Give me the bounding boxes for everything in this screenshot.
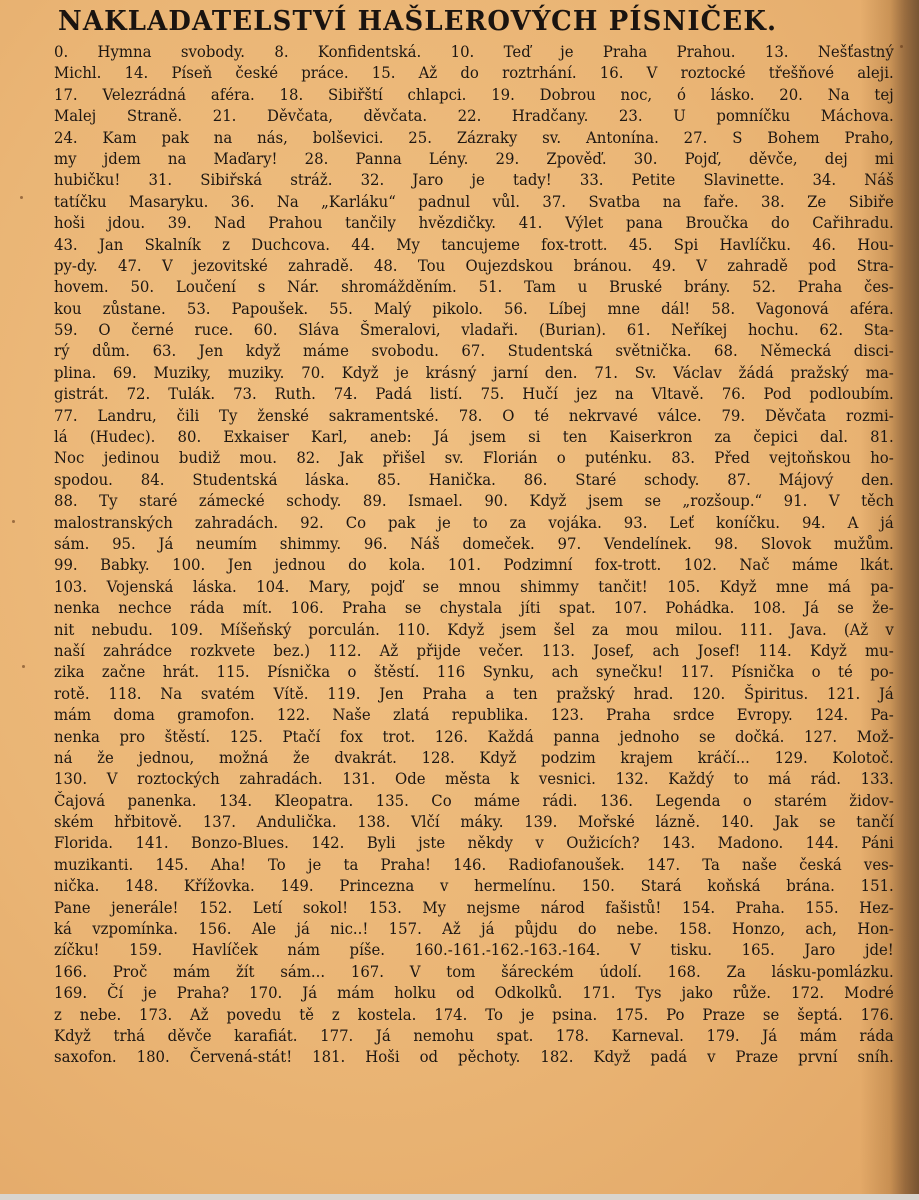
text-line: saxofon. 180. Červená-stát! 181. Hoši od… [54, 1046, 894, 1067]
text-line: 59. O černé ruce. 60. Sláva Šmeralovi, v… [54, 319, 894, 340]
text-line: 77. Landru, čili Ty ženské sakramentské.… [54, 405, 894, 426]
text-line: mám doma gramofon. 122. Naše zlatá repub… [54, 704, 894, 725]
text-line: Florida. 141. Bonzo-Blues. 142. Byli jst… [54, 832, 894, 853]
text-line: 24. Kam pak na nás, bolševici. 25. Zázra… [54, 127, 894, 148]
text-line [54, 1111, 894, 1132]
paper-speck [20, 196, 23, 199]
text-line: spodou. 84. Studentská láska. 85. Haničk… [54, 469, 894, 490]
text-line: nit nebudu. 109. Míšeňský porculán. 110.… [54, 619, 894, 640]
text-line: Noc jedinou budiž mou. 82. Jak přišel sv… [54, 447, 894, 468]
text-line: naší zahrádce rozkvete bez.) 112. Až při… [54, 640, 894, 661]
text-line: ském hřbitově. 137. Andulička. 138. Vlčí… [54, 811, 894, 832]
text-line: ná že jednou, možná že dvakrát. 128. Kdy… [54, 747, 894, 768]
text-line: hoši jdou. 39. Nad Prahou tančily hvězdi… [54, 212, 894, 233]
text-line: nenka pro štěstí. 125. Ptačí fox trot. 1… [54, 726, 894, 747]
text-line: Když trhá děvče karafiát. 177. Já nemohu… [54, 1025, 894, 1046]
text-line: Malej Straně. 21. Děvčata, děvčata. 22. … [54, 105, 894, 126]
text-line [54, 1068, 894, 1089]
text-line: malostranských zahradách. 92. Co pak je … [54, 512, 894, 533]
text-line: z nebe. 173. Až povedu tě z kostela. 174… [54, 1004, 894, 1025]
text-line: ká vzpomínka. 156. Ale já nic..! 157. Až… [54, 918, 894, 939]
text-line: 166. Proč mám žít sám... 167. V tom šáre… [54, 961, 894, 982]
text-line: Michl. 14. Píseň české práce. 15. Až do … [54, 62, 894, 83]
text-line: 99. Babky. 100. Jen jednou do kola. 101.… [54, 554, 894, 575]
text-line [54, 1089, 894, 1110]
text-line: my jdem na Maďary! 28. Panna Lény. 29. Z… [54, 148, 894, 169]
text-line: lá (Hudec). 80. Exkaiser Karl, aneb: Já … [54, 426, 894, 447]
page-title: NAKLADATELSTVÍ HAŠLEROVÝCH PÍSNIČEK. [58, 6, 884, 37]
text-line: 17. Velezrádná aféra. 18. Sibiřští chlap… [54, 84, 894, 105]
text-line: 169. Čí je Praha? 170. Já mám holku od O… [54, 982, 894, 1003]
text-line: 43. Jan Skalník z Duchcova. 44. My tancu… [54, 234, 894, 255]
paper-speck [12, 520, 15, 523]
song-list: 0. Hymna svobody. 8. Konfidentská. 10. T… [54, 41, 894, 1132]
text-line: zika začne hrát. 115. Písnička o štěstí.… [54, 661, 894, 682]
text-line: 130. V roztockých zahradách. 131. Ode mě… [54, 768, 894, 789]
text-line: hovem. 50. Loučení s Nár. shromážděním. … [54, 276, 894, 297]
text-line: kou zůstane. 53. Papoušek. 55. Malý piko… [54, 298, 894, 319]
text-line: gistrát. 72. Tulák. 73. Ruth. 74. Padá l… [54, 383, 894, 404]
text-line: Pane jenerále! 152. Letí sokol! 153. My … [54, 897, 894, 918]
text-line: muzikanti. 145. Aha! To je ta Praha! 146… [54, 854, 894, 875]
text-line: zíčku! 159. Havlíček nám píše. 160.-161.… [54, 939, 894, 960]
text-line: tatíčku Masaryku. 36. Na „Karláku“ padnu… [54, 191, 894, 212]
text-line: 88. Ty staré zámecké schody. 89. Ismael.… [54, 490, 894, 511]
text-line: Čajová panenka. 134. Kleopatra. 135. Co … [54, 790, 894, 811]
text-line: rý dům. 63. Jen když máme svobodu. 67. S… [54, 340, 894, 361]
paper-speck [22, 665, 25, 668]
text-line: nička. 148. Křížovka. 149. Princezna v h… [54, 875, 894, 896]
text-line: 0. Hymna svobody. 8. Konfidentská. 10. T… [54, 41, 894, 62]
text-line: py-dy. 47. V jezovitské zahradě. 48. Tou… [54, 255, 894, 276]
text-line: nenka nechce ráda mít. 106. Praha se chy… [54, 597, 894, 618]
text-line: plina. 69. Muziky, muziky. 70. Když je k… [54, 362, 894, 383]
text-line: rotě. 118. Na svatém Vítě. 119. Jen Prah… [54, 683, 894, 704]
scanned-page: NAKLADATELSTVÍ HAŠLEROVÝCH PÍSNIČEK. 0. … [0, 0, 919, 1200]
text-line: hubičku! 31. Sibiřská stráž. 32. Jaro je… [54, 169, 894, 190]
scan-bottom-edge [0, 1194, 919, 1200]
paper-speck [900, 45, 903, 48]
text-line: sám. 95. Já neumím shimmy. 96. Náš domeč… [54, 533, 894, 554]
text-line: 103. Vojenská láska. 104. Mary, pojď se … [54, 576, 894, 597]
